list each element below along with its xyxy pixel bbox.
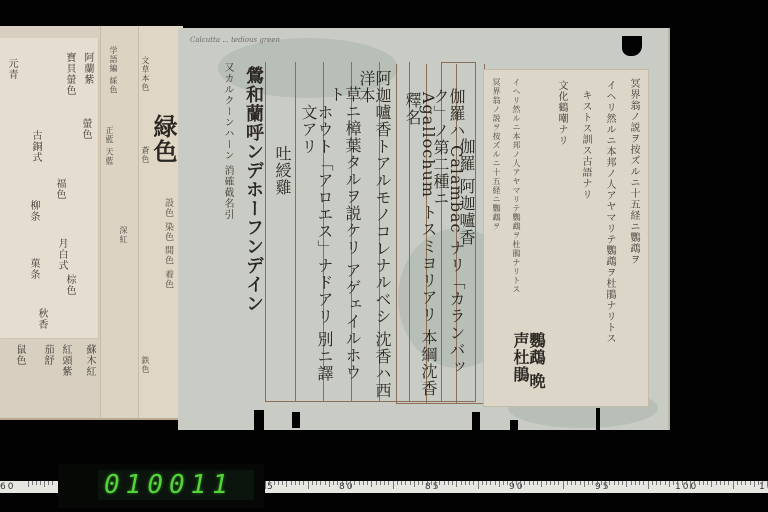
ruler-tick [431,481,432,485]
ruler-tick [737,481,738,485]
ruler-tick [380,481,381,485]
ruler-tick [278,481,279,485]
ruler-tick [320,481,321,485]
slip-column: 柳条 [28,200,38,222]
heading-paper-strip: 文草本色 蒼色 鉄色 緑色 設色 染色 間色 着色 [138,26,183,418]
main-column: Agallochum トスミヨリアリ 本綱沈香釋名 [404,92,436,402]
ruler-tick [342,481,343,485]
ruler-tick [486,481,487,485]
ruler-tick [575,481,576,485]
pasted-note: 冥界翁ノ説ヲ按ズルニ十五経ニ鸚鵡ヲ イヘリ然ルニ本邦ノ人アヤマリテ鸚鵡ヲ杜鵑ナリ… [484,70,648,406]
ruler-tick [384,481,385,485]
ruler-tick [291,481,292,485]
ruler-tick [762,481,763,485]
ruler-tick [652,481,653,485]
counter-digit: 0 [147,470,163,500]
ruler-tick [554,481,555,485]
ruler-tick [601,481,602,485]
ruler-tick [316,481,317,485]
ruler-tick [448,481,449,485]
ruler-tick [741,481,742,485]
paper-tear [510,420,518,434]
ruler-tick [750,481,751,485]
strip-column: 深紅 [119,226,127,244]
ruler-tick [563,481,564,489]
ruler-tick [303,481,304,485]
main-column: 鶯和蘭呼ンデホーフンデイン [244,66,262,396]
ruler-tick [716,481,717,485]
slip-column: 棕色 [64,274,74,296]
ruler-tick [478,481,479,489]
ruler-tick [524,481,525,485]
ruler-tick [308,481,309,489]
ruler-tick [597,481,598,485]
ruler-tick [354,481,355,485]
ruler-tick [690,481,691,489]
ruler-tick [444,481,445,485]
ruler-tick [274,481,275,485]
ruler-tick [533,481,534,485]
note-column: 冥界翁ノ説ヲ按ズルニ十五経ニ鸚鵡ヲ [492,78,500,398]
counter-digits: 0 1 0 0 1 1 [98,470,254,500]
ruler-tick [269,481,270,485]
slip-column: 寶貝螢色 [64,52,74,96]
note-column: イヘリ然ルニ本邦ノ人アヤマリテ鸚鵡ヲ杜鵑ナリトス [604,80,614,400]
ruler-tick [754,481,755,487]
ruler-tick [673,481,674,485]
ruler-tick [397,481,398,485]
bottom-column: 茄舒 [42,344,52,366]
ruler-tick [550,481,551,485]
ruler-tick [703,481,704,485]
ruler-tick [456,481,457,487]
ruler-tick [605,481,606,489]
slip-column: 元青 [6,58,16,80]
main-column: 阿迦嚧香トアルモノコレナルベシ 沈香ハ西洋本 [358,70,390,400]
ruler-tick [346,481,347,485]
counter-digit: 1 [212,470,228,500]
ruler-tick [639,481,640,485]
ruler-tick [371,481,372,487]
left-pasted-slip: 阿蘭紫 寶貝螢色 元青 螢色 古銅式 福色 柳条 月白式 菓条 棕色 秋香 [0,38,98,338]
ruler-tick [724,481,725,485]
ruler-tick [312,481,313,485]
paper-tear [472,412,480,430]
slip-column: 古銅式 [30,130,40,163]
note-column: キストス訓ス古語ナリ [580,90,590,390]
ruler-tick [622,481,623,485]
ruler-tick [635,481,636,485]
ruler-tick [282,481,283,485]
ruler-tick [405,481,406,485]
ruler-tick [546,481,547,485]
ruler-tick [299,481,300,485]
ruler-tick [618,481,619,485]
ruler-tick [376,481,377,485]
counter-digit: 0 [104,470,120,500]
strip-column: 蒼色 [141,146,149,164]
bottom-column: 紅頭紫 [60,344,70,377]
ruler-tick [410,481,411,485]
slip-column: 福色 [54,178,64,200]
ruler-tick [333,481,334,485]
bottom-column: 蘇木紅 [84,344,94,377]
ruler-tick [677,481,678,485]
ruler-tick [567,481,568,485]
ruler-tick [686,481,687,485]
counter-digit: 0 [169,470,185,500]
left-paper-strip: 学語編 綵色 正藍 天藍 深紅 [100,26,139,418]
bottom-column: 鼠色 [14,344,24,366]
ruler-tick [529,481,530,485]
frame-counter-display: 0 1 0 0 1 1 [58,464,264,508]
ruler-tick [614,481,615,485]
paper-tear [596,408,600,430]
ruler-tick [767,481,768,485]
ruler-tick [682,481,683,485]
ruler-tick [558,481,559,485]
ruler-tick [720,481,721,485]
ruler-tick [418,481,419,485]
ruler-tick [439,481,440,485]
ruler-tick [329,481,330,487]
ruler-tick [537,481,538,485]
ruler-tick [422,481,423,485]
main-column: 又カルクーンハーン 消確截名引 [222,62,232,392]
ruler-label: 60 [0,482,15,492]
ruler-tick [745,481,746,485]
ruler-tick [461,481,462,485]
ruler-tick [465,481,466,485]
ruler-tick [350,481,351,489]
heading-sub: 設色 染色 間色 着色 [163,198,172,290]
ruler-tick [592,481,593,485]
slip-column: 菓条 [28,258,38,280]
ruler-tick [469,481,470,485]
ruler-tick [414,481,415,487]
ruler-tick [660,481,661,485]
ruler-tick [571,481,572,485]
ruler-tick [363,481,364,485]
strip-column: 文草本色 [141,56,149,92]
measuring-ruler-right: 5 80 85 90 95 100 10 [265,481,768,493]
ruler-tick [337,481,338,485]
ruler-tick [503,481,504,485]
ruler-tick [733,481,734,489]
ruler-tick [758,481,759,485]
ruler-tick [665,481,666,485]
ruler-tick [401,481,402,485]
ruler-tick [295,481,296,485]
slip-column: 阿蘭紫 [82,52,92,85]
main-column: ホウト「アロエス」ナドアリ 別ニ譯文アリ [300,104,332,394]
ruler-tick [648,481,649,489]
ruler-tick [728,481,729,485]
ruler-tick [707,481,708,485]
ruler-tick [507,481,508,485]
ruler-tick [588,481,589,485]
ruler-tick [490,481,491,485]
slip-column: 螢色 [80,118,90,140]
note-column: 冥界翁ノ説ヲ按ズルニ十五経ニ鸚鵡ヲ [628,78,638,398]
ruler-tick [359,481,360,485]
ruler-tick [499,481,500,487]
slip-column: 月白式 [56,238,66,271]
ruler-tick [482,481,483,485]
ruler-tick [520,481,521,489]
ruler-tick [694,481,695,485]
ruler-tick [541,481,542,487]
strip-column: 学語編 綵色 [109,46,117,95]
measuring-ruler-left: 60 [0,481,58,493]
slip-column: 秋香 [36,308,46,330]
ruler-tick [388,481,389,485]
ruler-tick [656,481,657,485]
ruler-tick [265,481,266,489]
note-column: 文化鶴嘲ナリ [556,80,566,380]
ruler-tick [711,481,712,487]
ruler-tick [512,481,513,485]
ruler-tick [584,481,585,487]
ruler-tick [495,481,496,485]
heading-large: 緑色 [151,114,175,164]
paper-tear [292,412,300,428]
ruler-tick [452,481,453,485]
ruler-tick [580,481,581,485]
ruler-tick [286,481,287,487]
ruler-tick [669,481,670,487]
ruler-tick [516,481,517,485]
main-column: 吐綬雞 [274,145,290,196]
counter-digit: 1 [191,470,207,500]
ruler-tick [609,481,610,485]
paper-tear [254,410,264,430]
ruler-tick [435,481,436,489]
strip-column: 鉄色 [141,356,149,374]
ruler-tick [643,481,644,485]
ruler-tick [631,481,632,485]
ruler-tick [699,481,700,485]
ruler-tick [393,481,394,489]
ruler-tick [473,481,474,485]
manuscript-photo: 阿蘭紫 寶貝螢色 元青 螢色 古銅式 福色 柳条 月白式 菓条 棕色 秋香 鼠色… [0,0,768,512]
ruler-tick [626,481,627,487]
note-column: イヘリ然ルニ本邦ノ人アヤマリテ鸚鵡ヲ杜鵑ナリトス [512,78,520,398]
strip-column: 正藍 天藍 [105,126,113,166]
ruler-tick [427,481,428,485]
ruler-tick [367,481,368,485]
counter-digit: 1 [126,470,142,500]
ruler-tick [325,481,326,485]
faint-annotation: Calcutta ... tedious green [190,36,280,44]
